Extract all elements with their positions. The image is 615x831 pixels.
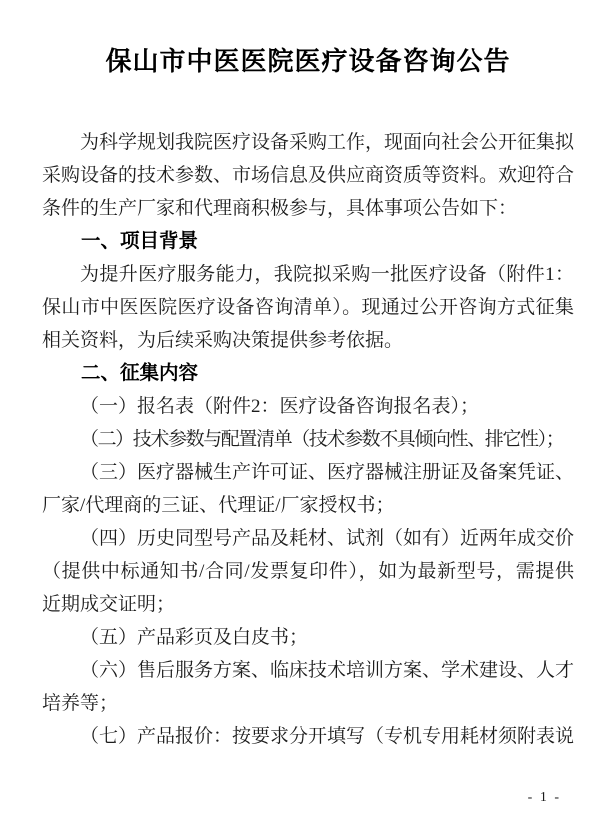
list-item-1: （一）报名表（附件2：医疗设备咨询报名表）； [42, 390, 574, 423]
list-item-2: （二）技术参数与配置清单（技术参数不具倾向性、排它性）； [42, 423, 574, 456]
section-1-paragraph: 为提升医疗服务能力，我院拟采购一批医疗设备（附件1：保山市中医医院医疗设备咨询清… [42, 258, 574, 357]
list-item-7: （七）产品报价：按要求分开填写（专机专用耗材须附表说 [42, 720, 574, 753]
document-title: 保山市中医医院医疗设备咨询公告 [42, 44, 574, 80]
section-2-heading: 二、征集内容 [42, 357, 574, 390]
list-item-3: （三）医疗器械生产许可证、医疗器械注册证及备案凭证、厂家/代理商的三证、代理证/… [42, 456, 574, 522]
section-1-heading: 一、项目背景 [42, 225, 574, 258]
intro-paragraph: 为科学规划我院医疗设备采购工作，现面向社会公开征集拟采购设备的技术参数、市场信息… [42, 126, 574, 225]
page-number: - 1 - [528, 791, 561, 805]
document-page: 保山市中医医院医疗设备咨询公告 为科学规划我院医疗设备采购工作，现面向社会公开征… [0, 0, 615, 831]
list-item-5: （五）产品彩页及白皮书； [42, 621, 574, 654]
list-item-6: （六）售后服务方案、临床技术培训方案、学术建设、人才培养等； [42, 654, 574, 720]
list-item-4: （四）历史同型号产品及耗材、试剂（如有）近两年成交价（提供中标通知书/合同/发票… [42, 522, 574, 621]
